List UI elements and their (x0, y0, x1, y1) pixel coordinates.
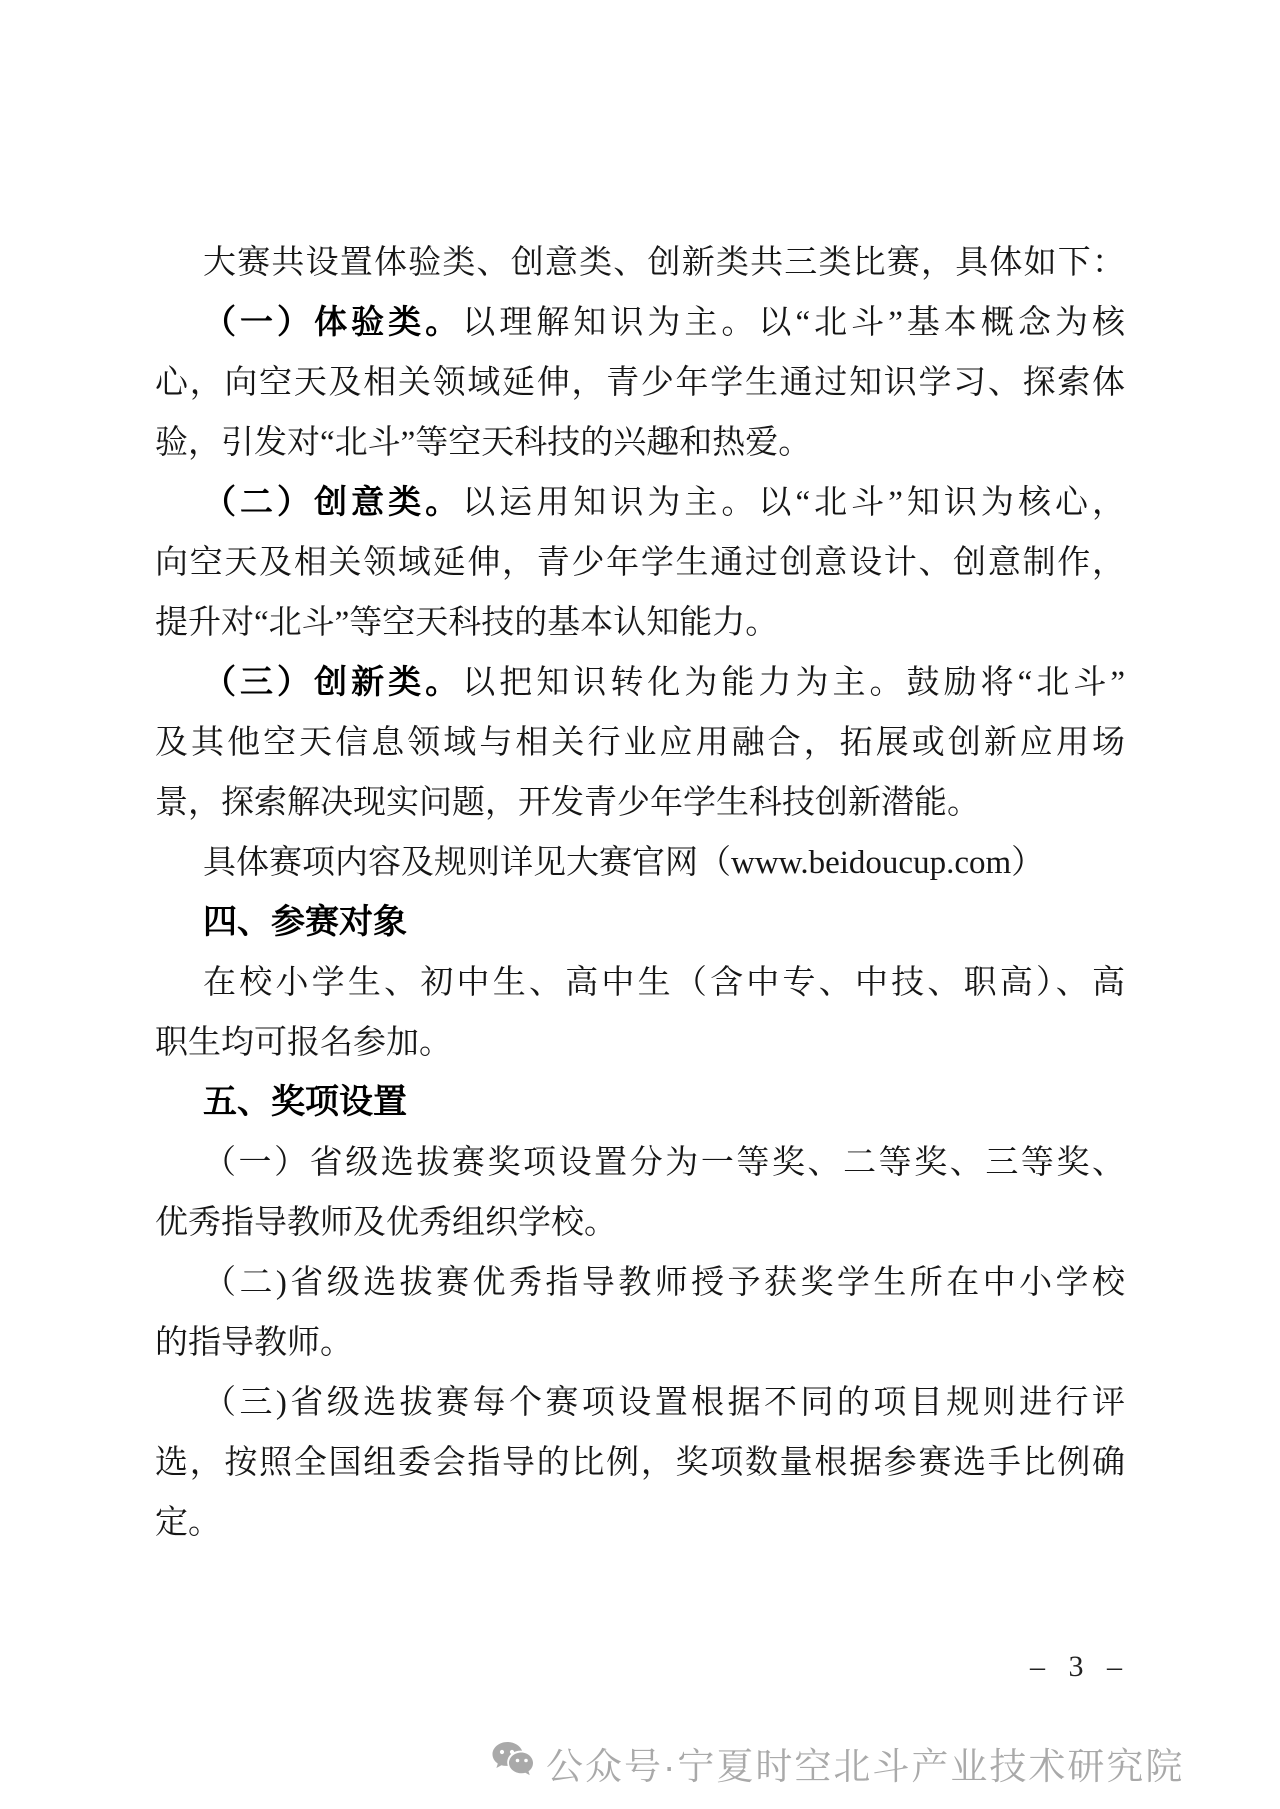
text-line: 定。 (155, 1492, 1125, 1552)
watermark-footer: 公众号·宁夏时空北斗产业技术研究院 (490, 1736, 1184, 1790)
text-line: 在校小学生、初中生、高中生（含中专、中技、职高）、高 (155, 952, 1125, 1012)
line-bold-text: （二）创意类。 (203, 483, 462, 520)
wechat-icon (490, 1739, 536, 1788)
text-line: （二)省级选拔赛优秀指导教师授予获奖学生所在中小学校 (155, 1252, 1125, 1312)
text-line: 验，引发对“北斗”等空天科技的兴趣和热爱。 (155, 412, 1125, 472)
text-line: 心，向空天及相关领域延伸，青少年学生通过知识学习、探索体 (155, 352, 1125, 412)
line-text: 的指导教师。 (155, 1325, 353, 1361)
heading-text: 五、奖项设置 (203, 1083, 407, 1121)
text-line: （一）体验类。以理解知识为主。以“北斗”基本概念为核 (155, 292, 1125, 352)
text-line: 及其他空天信息领域与相关行业应用融合，拓展或创新应用场 (155, 712, 1125, 772)
text-line: （三）创新类。以把知识转化为能力为主。鼓励将“北斗” (155, 652, 1125, 712)
page-number: – 3 – (1030, 1650, 1130, 1684)
line-text: （三)省级选拔赛每个赛项设置根据不同的项目规则进行评 (203, 1385, 1125, 1421)
text-line: 选，按照全国组委会指导的比例，奖项数量根据参赛选手比例确 (155, 1432, 1125, 1492)
line-text: 具体赛项内容及规则详见大赛官网（www.beidoucup.com） (203, 845, 1044, 881)
line-text: 及其他空天信息领域与相关行业应用融合，拓展或创新应用场 (155, 725, 1125, 761)
line-text: 定。 (155, 1505, 221, 1541)
text-line: 提升对“北斗”等空天科技的基本认知能力。 (155, 592, 1125, 652)
text-line: 大赛共设置体验类、创意类、创新类共三类比赛，具体如下： (155, 232, 1125, 292)
line-text: 提升对“北斗”等空天科技的基本认知能力。 (155, 605, 778, 641)
line-text: （二)省级选拔赛优秀指导教师授予获奖学生所在中小学校 (203, 1265, 1125, 1301)
document-body: 大赛共设置体验类、创意类、创新类共三类比赛，具体如下： （一）体验类。以理解知识… (155, 232, 1125, 1552)
heading-section-5-awards: 五、奖项设置 (155, 1072, 1125, 1132)
text-line: （一）省级选拔赛奖项设置分为一等奖、二等奖、三等奖、 (155, 1132, 1125, 1192)
text-line: 的指导教师。 (155, 1312, 1125, 1372)
line-text: （一）省级选拔赛奖项设置分为一等奖、二等奖、三等奖、 (203, 1145, 1125, 1181)
text-line: （三)省级选拔赛每个赛项设置根据不同的项目规则进行评 (155, 1372, 1125, 1432)
heading-section-4-participants: 四、参赛对象 (155, 892, 1125, 952)
line-text: 以理解知识为主。以“北斗”基本概念为核 (462, 305, 1125, 341)
line-text: 验，引发对“北斗”等空天科技的兴趣和热爱。 (155, 425, 811, 461)
watermark-text: 公众号·宁夏时空北斗产业技术研究院 (546, 1736, 1184, 1790)
text-line: 优秀指导教师及优秀组织学校。 (155, 1192, 1125, 1252)
line-text: 职生均可报名参加。 (155, 1025, 452, 1061)
line-text: 大赛共设置体验类、创意类、创新类共三类比赛，具体如下： (203, 245, 1125, 281)
line-text: 以把知识转化为能力为主。鼓励将“北斗” (462, 665, 1125, 701)
text-line: （二）创意类。以运用知识为主。以“北斗”知识为核心， (155, 472, 1125, 532)
heading-text: 四、参赛对象 (203, 903, 407, 941)
document-page: 大赛共设置体验类、创意类、创新类共三类比赛，具体如下： （一）体验类。以理解知识… (0, 0, 1280, 1809)
line-text: 景，探索解决现实问题，开发青少年学生科技创新潜能。 (155, 785, 980, 821)
text-line: 向空天及相关领域延伸，青少年学生通过创意设计、创意制作， (155, 532, 1125, 592)
line-text: 向空天及相关领域延伸，青少年学生通过创意设计、创意制作， (155, 545, 1125, 581)
line-bold-text: （三）创新类。 (203, 663, 462, 700)
line-text: 以运用知识为主。以“北斗”知识为核心， (462, 485, 1125, 521)
line-text: 在校小学生、初中生、高中生（含中专、中技、职高）、高 (203, 965, 1125, 1001)
line-text: 优秀指导教师及优秀组织学校。 (155, 1205, 617, 1241)
line-text: 心，向空天及相关领域延伸，青少年学生通过知识学习、探索体 (155, 365, 1125, 401)
text-line: 职生均可报名参加。 (155, 1012, 1125, 1072)
text-line: 景，探索解决现实问题，开发青少年学生科技创新潜能。 (155, 772, 1125, 832)
line-text: 选，按照全国组委会指导的比例，奖项数量根据参赛选手比例确 (155, 1445, 1125, 1481)
text-line-official-website: 具体赛项内容及规则详见大赛官网（www.beidoucup.com） (155, 832, 1125, 892)
line-bold-text: （一）体验类。 (203, 303, 462, 340)
